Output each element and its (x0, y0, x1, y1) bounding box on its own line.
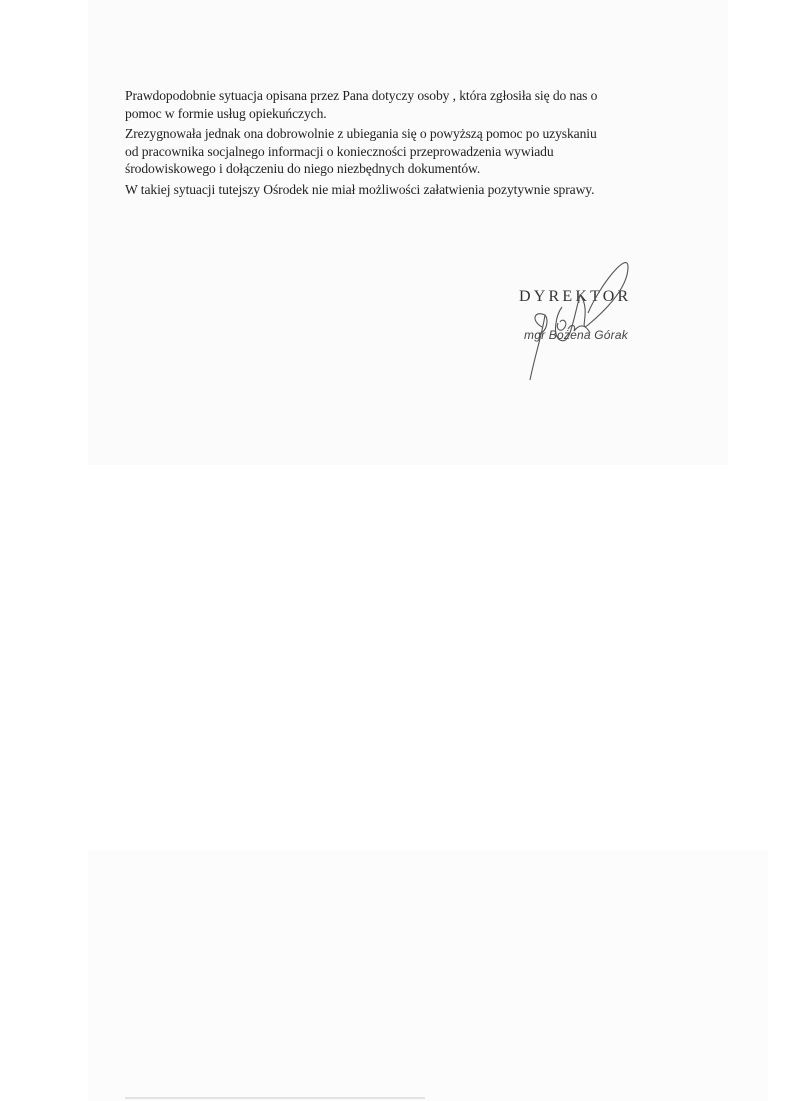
signature-stamp: DYREKTOR mgr Bożena Górak (500, 255, 660, 385)
letter-body: Prawdopodobnie sytuacja opisana przez Pa… (125, 87, 725, 201)
scan-background-top (88, 0, 728, 465)
paragraph-3: W takiej sytuacji tutejszy Ośrodek nie m… (125, 181, 725, 199)
scan-background-bottom (88, 850, 768, 1101)
text-line: środowiskowego i dołączeniu do niego nie… (125, 160, 725, 178)
text-line: od pracownika socjalnego informacji o ko… (125, 143, 725, 161)
text-line: Prawdopodobnie sytuacja opisana przez Pa… (125, 87, 725, 105)
text-line: Zrezygnowała jednak ona dobrowolnie z ub… (125, 125, 725, 143)
paragraph-1: Prawdopodobnie sytuacja opisana przez Pa… (125, 87, 725, 122)
scan-edge-line (125, 1097, 425, 1099)
paragraph-2: Zrezygnowała jednak ona dobrowolnie z ub… (125, 125, 725, 178)
text-line: pomoc w formie usług opiekuńczych. (125, 105, 725, 123)
signature-scribble-icon (500, 255, 660, 385)
text-line: W takiej sytuacji tutejszy Ośrodek nie m… (125, 181, 725, 199)
